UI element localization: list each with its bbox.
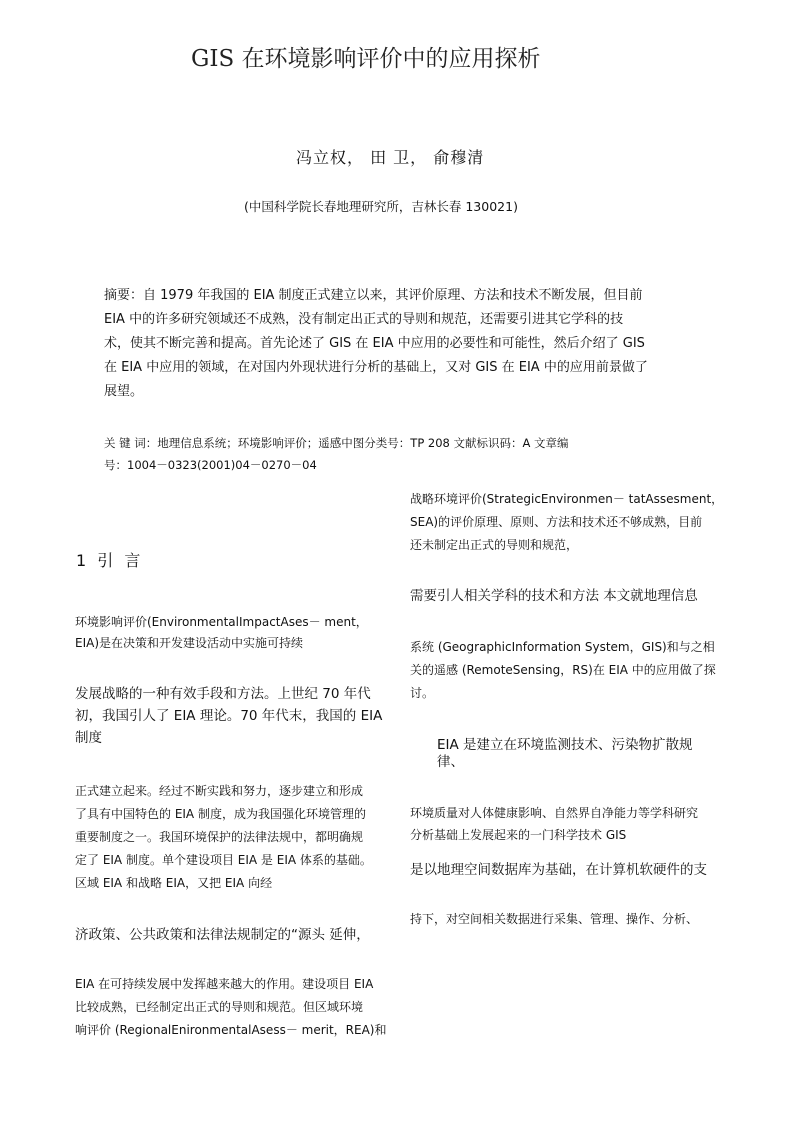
body-line: 济政策、公共政策和法律法规制定的“源头 延伸，	[75, 929, 370, 943]
body-line: 还未制定出正式的导则和规范，	[410, 539, 578, 551]
body-line: 区域 EIA 和战略 EIA，又把 EIA 向经	[75, 877, 272, 889]
body-line: 初，我国引人了 EIA 理论。70 年代末，我国的 EIA	[75, 710, 382, 724]
body-line: 定了 EIA 制度。单个建设项目 EIA 是 EIA 体系的基础。	[75, 854, 372, 866]
body-line: SEA)的评价原理、原则、方法和技术还不够成熟，目前	[410, 516, 702, 528]
abstract-line: 术，使其不断完善和提高。首先论述了 GIS 在 EIA 中应用的必要性和可能性，…	[104, 337, 645, 350]
paper-authors: 冯立权， 田 卫， 俞穆清	[296, 150, 484, 166]
paper-affiliation: (中国科学院长春地理研究所，吉林长春 130021)	[244, 201, 518, 214]
section-heading: 1 引 言	[76, 553, 143, 569]
body-line: EIA 在可持续发展中发挥越来越大的作用。建设项目 EIA	[75, 978, 373, 990]
abstract-line: EIA 中的许多研究领域还不成熟，没有制定出正式的导则和规范，还需要引进其它学科…	[104, 313, 623, 326]
body-line: 响评价 (RegionalEnironmentalAsess－ merit，RE…	[75, 1024, 387, 1036]
body-line: 律、	[437, 756, 464, 770]
body-line: 正式建立起来。经过不断实践和努力，逐步建立和形成	[75, 785, 363, 797]
body-line: 系统 (GeographicInformation System，GIS)和与之…	[410, 641, 715, 653]
body-line: 分析基础上发展起来的一门科学技术 GIS	[410, 829, 626, 841]
body-line: 战略环境评价(StrategicEnvironmen－ tatAssesment…	[410, 493, 723, 505]
abstract-line: 在 EIA 中应用的领域，在对国内外现状进行分析的基础上，又对 GIS 在 EI…	[104, 361, 648, 374]
body-line: 是以地理空间数据库为基础，在计算机软硬件的支	[410, 864, 707, 878]
body-line: 制度	[75, 732, 102, 746]
abstract-line: 展望。	[104, 385, 143, 398]
body-line: 重要制度之一。我国环境保护的法律法规中，都明确规	[75, 831, 363, 843]
body-line: 发展战略的一种有效手段和方法。上世纪 70 年代	[75, 688, 371, 702]
keywords-line: 号：1004－0323(2001)04－0270－04	[104, 460, 317, 472]
body-line: 持下，对空间相关数据进行采集、管理、操作、分析、	[410, 913, 698, 925]
body-line: 了具有中国特色的 EIA 制度，成为我国强化环境管理的	[75, 808, 366, 820]
body-line: EIA 是建立在环境监测技术、污染物扩散规	[437, 739, 693, 753]
body-line: 环境质量对人体健康影响、自然界自净能力等学科研究	[410, 807, 698, 819]
body-line: 需要引人相关学科的技术和方法 本文就地理信息	[410, 590, 698, 604]
body-line: 环境影响评价(EnvironmentalImpactAses－ ment，	[75, 616, 368, 628]
paper-title: GIS 在环境影响评价中的应用探析	[191, 48, 541, 71]
body-line: 关的遥感 (RemoteSensing，RS)在 EIA 中的应用做了探	[410, 664, 716, 676]
body-line: 讨。	[410, 687, 434, 699]
body-line: 比较成熟，已经制定出正式的导则和规范。但区域环境	[75, 1001, 363, 1013]
body-line: EIA)是在决策和开发建设活动中实施可持续	[75, 637, 303, 649]
keywords-line: 关 键 词：地理信息系统；环境影响评价；遥感中图分类号：TP 208 文献标识码…	[104, 438, 569, 450]
abstract-line: 摘要：自 1979 年我国的 EIA 制度正式建立以来，其评价原理、方法和技术不…	[104, 289, 643, 302]
